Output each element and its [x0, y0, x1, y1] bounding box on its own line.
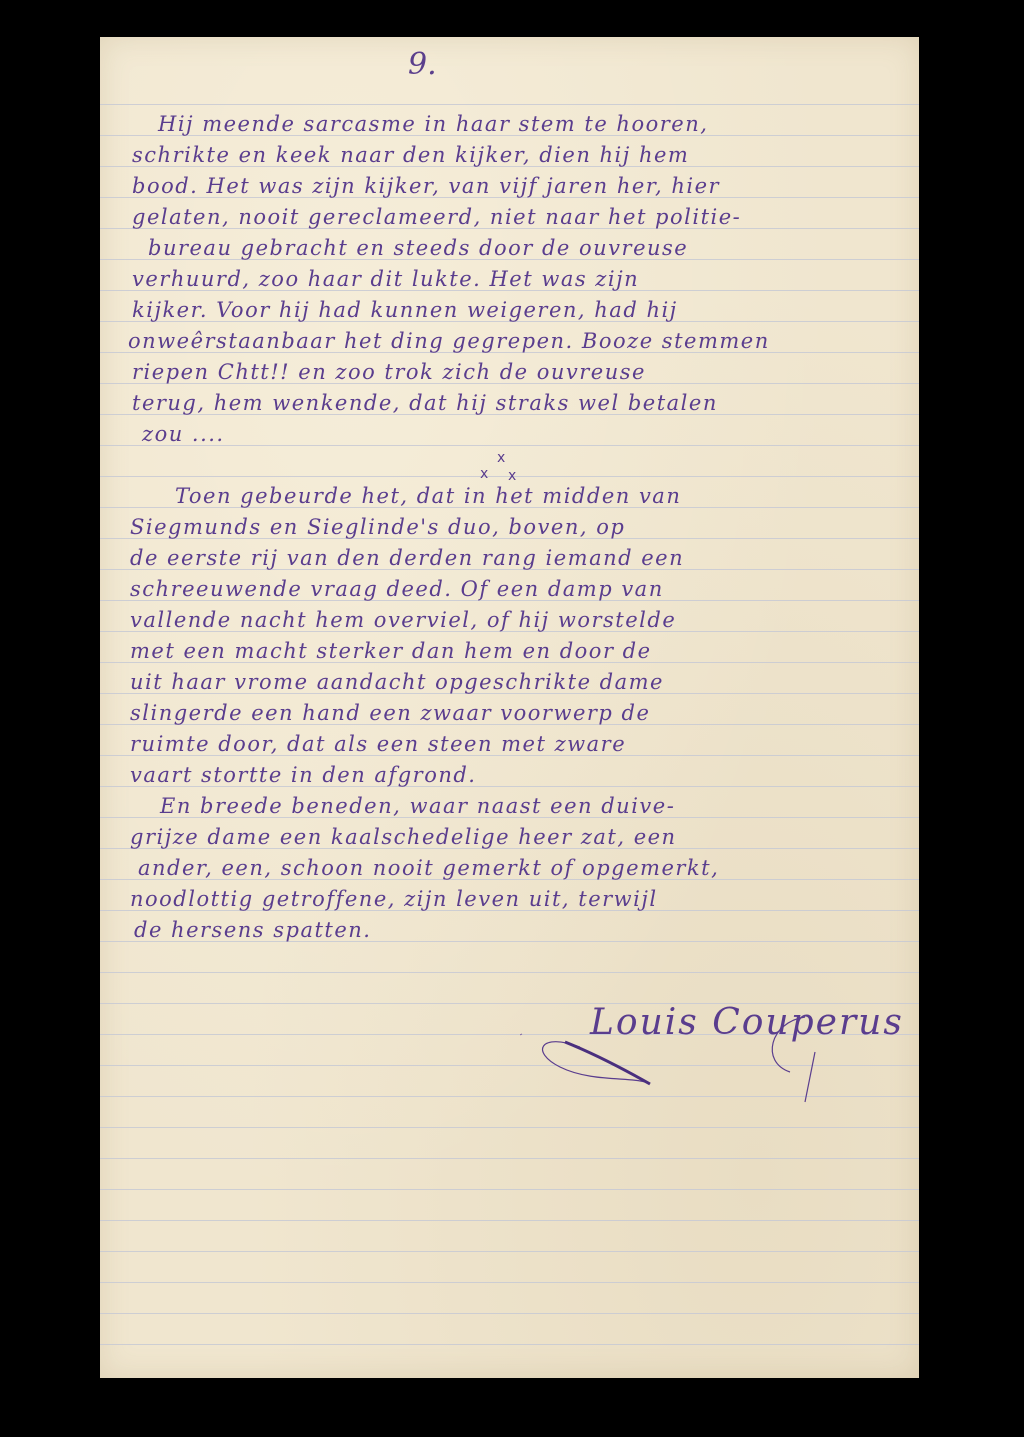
ruled-line: [100, 1282, 919, 1283]
ruled-line: [100, 1189, 919, 1190]
text-line: de eerste rij van den derden rang iemand…: [130, 546, 684, 570]
ruled-line: [100, 1158, 919, 1159]
text-line: vallende nacht hem overviel, of hij wors…: [130, 608, 676, 632]
ruled-line: [100, 1127, 919, 1128]
text-line: bureau gebracht en steeds door de ouvreu…: [148, 236, 688, 260]
text-line: verhuurd, zoo haar dit lukte. Het was zi…: [132, 267, 639, 291]
text-line: ander, een, schoon nooit gemerkt of opge…: [138, 856, 719, 880]
text-line: En breede beneden, waar naast een duive-: [160, 794, 675, 818]
text-line: Hij meende sarcasme in haar stem te hoor…: [158, 112, 708, 136]
separator-mark: x: [480, 466, 488, 482]
text-line: uit haar vrome aandacht opgeschrikte dam…: [130, 670, 664, 694]
text-line: slingerde een hand een zwaar voorwerp de: [130, 701, 650, 725]
ruled-line: [100, 1220, 919, 1221]
text-line: ruimte door, dat als een steen met zware: [130, 732, 626, 756]
ruled-line: [100, 1251, 919, 1252]
text-line: noodlottig getroffene, zijn leven uit, t…: [130, 887, 658, 911]
text-line: bood. Het was zijn kijker, van vijf jare…: [132, 174, 720, 198]
text-line: Siegmunds en Sieglinde's duo, boven, op: [130, 515, 625, 539]
text-line: schreeuwende vraag deed. Of een damp van: [130, 577, 664, 601]
signature-name: Louis Couperus: [590, 1002, 904, 1043]
text-line: grijze dame een kaalschedelige heer zat,…: [130, 825, 677, 849]
manuscript-page: 9. Hij meende sarcasme in haar stem te h…: [100, 37, 919, 1378]
text-line: Toen gebeurde het, dat in het midden van: [175, 484, 681, 508]
signature: Louis Couperus: [520, 972, 920, 1112]
ruled-line: [100, 1313, 919, 1314]
text-line: gelaten, nooit gereclameerd, niet naar h…: [132, 205, 741, 229]
text-line: zou ....: [142, 422, 225, 446]
text-line: onweêrstaanbaar het ding gegrepen. Booze…: [128, 329, 770, 353]
separator-mark: x: [497, 450, 505, 466]
text-line: terug, hem wenkende, dat hij straks wel …: [132, 391, 718, 415]
text-line: riepen Chtt!! en zoo trok zich de ouvreu…: [132, 360, 646, 384]
text-line: kijker. Voor hij had kunnen weigeren, ha…: [132, 298, 678, 322]
ruled-line: [100, 1344, 919, 1345]
text-line: schrikte en keek naar den kijker, dien h…: [132, 143, 689, 167]
text-line: de hersens spatten.: [134, 918, 371, 942]
page-number: 9.: [408, 47, 437, 82]
ruled-line: [100, 104, 919, 105]
separator-mark: x: [508, 468, 516, 484]
text-line: vaart stortte in den afgrond.: [130, 763, 476, 787]
text-line: met een macht sterker dan hem en door de: [130, 639, 652, 663]
